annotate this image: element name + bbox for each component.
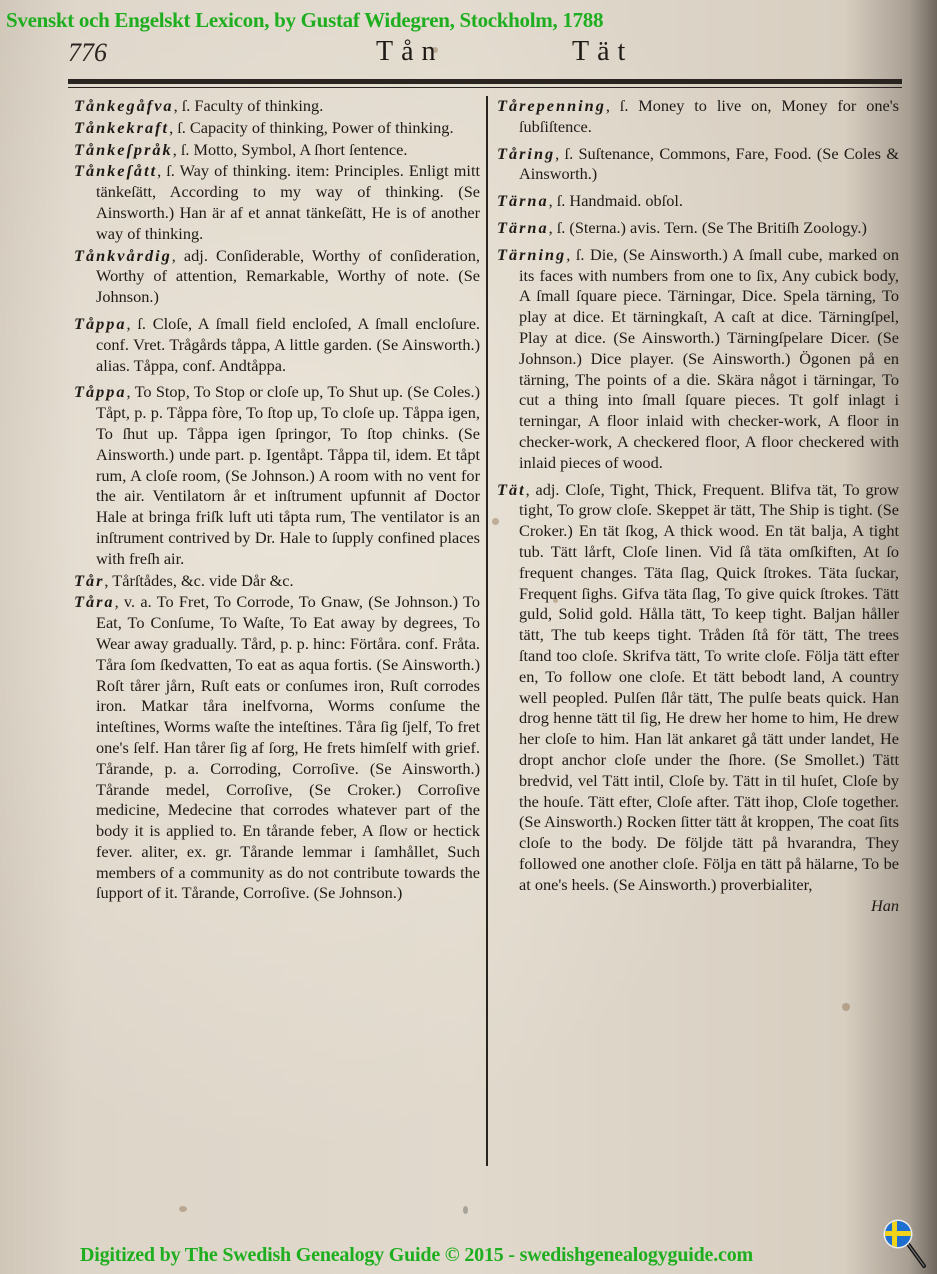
definition: , v. a. To Fret, To Corrode, To Gnaw, (S… xyxy=(96,592,480,902)
definition: , Tårſtådes, &c. vide Dår &c. xyxy=(104,571,293,590)
headword: Tät xyxy=(497,480,526,499)
headword: Tånkekraft xyxy=(74,118,169,137)
running-head: 776 Tån Tät xyxy=(0,34,937,74)
dictionary-entry: Tårepenning, ſ. Money to live on, Money … xyxy=(497,96,899,138)
digitization-credit: Digitized by The Swedish Genealogy Guide… xyxy=(80,1244,753,1267)
dictionary-entry: Tår, Tårſtådes, &c. vide Dår &c. xyxy=(74,571,480,592)
headword: Tånkeſpråk xyxy=(74,140,173,159)
dictionary-entry: Tånkeſpråk, ſ. Motto, Symbol, A ſhort ſe… xyxy=(74,140,480,161)
page-number: 776 xyxy=(68,38,107,68)
definition: , ſ. Suſtenance, Commons, Fare, Food. (S… xyxy=(519,144,899,184)
definition: , ſ. Handmaid. obſol. xyxy=(549,191,683,210)
dictionary-entry: Tånkekraft, ſ. Capacity of thinking, Pow… xyxy=(74,118,480,139)
headword: Tärning xyxy=(497,245,566,264)
column-divider xyxy=(486,96,488,1166)
dictionary-entry: Tånkegåfva, ſ. Faculty of thinking. xyxy=(74,96,480,117)
dictionary-entry: Tärna, ſ. Handmaid. obſol. xyxy=(497,191,899,212)
source-banner: Svenskt och Engelskt Lexicon, by Gustaf … xyxy=(6,8,603,33)
headword: Tåppa xyxy=(74,314,127,333)
dictionary-entry: Tånkvårdig, adj. Conſiderable, Worthy of… xyxy=(74,246,480,308)
headword: Tånkegåfva xyxy=(74,96,174,115)
dictionary-entry: Tärna, ſ. (Sterna.) avis. Tern. (Se The … xyxy=(497,218,899,239)
left-column: Tånkegåfva, ſ. Faculty of thinking. Tånk… xyxy=(74,96,480,910)
catchword: Han xyxy=(497,896,899,917)
dictionary-entry: Tåra, v. a. To Fret, To Corrode, To Gnaw… xyxy=(74,592,480,904)
definition: , ſ. Faculty of thinking. xyxy=(174,96,324,115)
headword: Tärna xyxy=(497,191,549,210)
headword: Tåppa xyxy=(74,382,127,401)
paper-stain xyxy=(179,1206,187,1212)
definition: , ſ. Die, (Se Ainsworth.) A ſmall cube, … xyxy=(519,245,899,472)
dictionary-entry: Tånkeſått, ſ. Way of thinking. item: Pri… xyxy=(74,161,480,244)
definition: , ſ. Cloſe, A ſmall field encloſed, A ſm… xyxy=(96,314,480,375)
definition: , adj. Cloſe, Tight, Thick, Frequent. Bl… xyxy=(519,480,899,894)
header-rule xyxy=(68,79,902,84)
definition: , ſ. Motto, Symbol, A ſhort ſentence. xyxy=(173,140,408,159)
swedish-flag-magnifier-icon xyxy=(882,1218,928,1270)
definition: , ſ. Capacity of thinking, Power of thin… xyxy=(169,118,453,137)
headword: Tånkvårdig xyxy=(74,246,172,265)
definition: , To Stop, To Stop or cloſe up, To Shut … xyxy=(96,382,480,567)
headword: Tånkeſått xyxy=(74,161,157,180)
dictionary-entry: Tåring, ſ. Suſtenance, Commons, Fare, Fo… xyxy=(497,144,899,186)
paper-stain xyxy=(842,1003,850,1011)
dictionary-entry: Tät, adj. Cloſe, Tight, Thick, Frequent.… xyxy=(497,480,899,896)
dictionary-entry: Tåppa, ſ. Cloſe, A ſmall field encloſed,… xyxy=(74,314,480,376)
definition: , ſ. (Sterna.) avis. Tern. (Se The Briti… xyxy=(549,218,867,237)
guide-word-right: Tät xyxy=(572,36,633,68)
paper-stain xyxy=(463,1206,468,1214)
dictionary-entry: Tärning, ſ. Die, (Se Ainsworth.) A ſmall… xyxy=(497,245,899,474)
headword: Tärna xyxy=(497,218,549,237)
headword: Tår xyxy=(74,571,104,590)
headword: Tåra xyxy=(74,592,115,611)
header-rule-thin xyxy=(68,87,902,88)
headword: Tårepenning xyxy=(497,96,606,115)
right-column: Tårepenning, ſ. Money to live on, Money … xyxy=(497,96,899,917)
guide-word-left: Tån xyxy=(376,36,444,68)
dictionary-entry: Tåppa, To Stop, To Stop or cloſe up, To … xyxy=(74,382,480,569)
headword: Tåring xyxy=(497,144,555,163)
